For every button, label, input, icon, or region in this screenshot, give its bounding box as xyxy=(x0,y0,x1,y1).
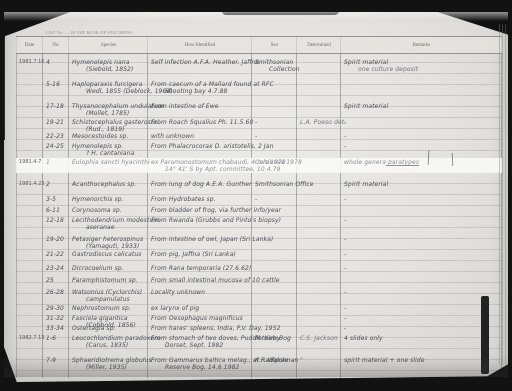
cell-remarks: - xyxy=(341,216,502,231)
cell-determined xyxy=(297,324,341,332)
remarks-text: - xyxy=(344,119,500,126)
remarks-text: - xyxy=(344,196,500,203)
cell-date xyxy=(16,102,43,117)
how-identified-text: From Phalacrocorax D. aristotelis, 2 Jan xyxy=(151,143,250,150)
species-name: Mesocestoides sp. xyxy=(72,133,146,140)
cell-date xyxy=(16,142,43,157)
register-row: 1981.4.232Acanthocephalus sp.From lung o… xyxy=(16,180,502,188)
cell-date xyxy=(16,80,43,95)
specimen-number: 17-18 xyxy=(46,103,67,110)
species-name: Thysanocephalum undulatum xyxy=(72,103,146,110)
cell-determined xyxy=(297,304,341,312)
register-row: 1981.7.164Hymenolepis nana(Siebold, 1852… xyxy=(16,58,502,73)
species-authority: (Yamaguti, 1933) xyxy=(72,243,146,250)
cell-determined xyxy=(297,132,341,140)
cell-date xyxy=(16,216,43,231)
how-identified-text: ex Paramonostomum chabaudi, 4 mls 1978 xyxy=(151,159,250,166)
cell-how-identified: From hares' spleens, India, P.V. Day, 19… xyxy=(148,324,252,332)
sex-text: - xyxy=(255,196,295,203)
ledger-page: 3 3 LIST No. — IN THE BOOK OF SPECIMENS … xyxy=(4,8,508,384)
species-name: Watsonius (Cyclorchis) xyxy=(72,289,146,296)
specimen-number: 6-11 xyxy=(46,207,67,214)
specimen-number: 24-25 xyxy=(46,143,67,150)
how-identified-text: Dorset, Sept. 1982 xyxy=(151,342,250,349)
species-authority: aseranae xyxy=(72,224,146,231)
how-identified-text: From Rwanda (Grubbs and Pinto's biopsy) xyxy=(151,217,250,224)
register-row: 5-16Haploparaxis furcigeraWedl, 1855 (De… xyxy=(16,80,502,95)
species-authority: ? H. cantaniana xyxy=(72,150,146,157)
cell-species: Ostertagia sp. xyxy=(69,324,148,332)
species-name: Hymenolepis sp. xyxy=(72,143,146,150)
remarks-underlined-word: paratypes xyxy=(386,159,419,166)
species-name: Paramphistomum sp. xyxy=(72,277,146,284)
date-stamp: 1981.4.7 xyxy=(19,159,41,165)
cell-number: 5-16 xyxy=(43,80,69,95)
remarks-text: - xyxy=(344,236,500,243)
cell-determined xyxy=(297,264,341,272)
how-identified-text: From intestine of owl, Japan (Sri Lanka) xyxy=(151,236,250,243)
specimen-number: 21-22 xyxy=(46,251,67,258)
specimen-number: 31-32 xyxy=(46,315,67,322)
cell-remarks: Spirit material xyxy=(341,102,502,117)
cell-sex xyxy=(252,250,297,258)
cell-date xyxy=(16,288,43,303)
sex-text: Smithsonian Office xyxy=(255,181,295,188)
determined-text: L.A. Poeso det. xyxy=(300,119,339,126)
cell-remarks: - xyxy=(341,132,502,140)
species-authority: (Mollet, 1785) xyxy=(72,110,146,117)
cell-number: 1 xyxy=(43,158,69,173)
cell-remarks: - xyxy=(341,195,502,203)
table-body: 1981.7.164Hymenolepis nana(Siebold, 1852… xyxy=(16,52,502,378)
cell-date: 1981.4.7 xyxy=(16,158,43,173)
cell-number: 1-6 xyxy=(43,334,69,349)
cell-how-identified: From lung of dog A.E.A. Gunther xyxy=(148,180,252,188)
remarks-text: whole genera paratypes xyxy=(344,159,500,166)
cell-species: Eulophia sancti hyacinthi xyxy=(69,158,148,173)
cell-species: Lecithodendrium modestumaseranae xyxy=(69,216,148,231)
cell-sex: - xyxy=(252,195,297,203)
background-left-edge xyxy=(0,10,5,140)
cell-remarks xyxy=(341,206,502,214)
cell-sex xyxy=(252,264,297,272)
remarks-text: - xyxy=(344,251,500,258)
how-identified-text: From Roach Squalius Ph. 11.5.60 xyxy=(151,119,250,126)
cell-sex xyxy=(252,324,297,332)
cell-number: 21-22 xyxy=(43,250,69,258)
how-identified-text: From Hydrobates sp. xyxy=(151,196,250,203)
register-row: 26-28Watsonius (Cyclorchis)campanulatusL… xyxy=(16,288,502,303)
how-identified-text: From small intestinal mucosa of 10 cattl… xyxy=(151,277,250,284)
cell-sex: - xyxy=(252,132,297,140)
cell-date xyxy=(16,132,43,140)
register-row: 22-23Mesocestoides sp.with unknown-- xyxy=(16,132,502,140)
cell-determined xyxy=(297,235,341,250)
register-row: 29-30Nephrostomum sp.ex larynx of pig- xyxy=(16,304,502,312)
remarks-text: - xyxy=(344,133,500,140)
cell-sex: M. Kirby xyxy=(252,334,297,349)
cell-number: 6-11 xyxy=(43,206,69,214)
sex-text: Smithsonian xyxy=(255,59,295,66)
sex-text: M. Kirby xyxy=(255,335,295,342)
date-stamp: 1981.7.16 xyxy=(19,59,41,65)
cell-how-identified: From small intestinal mucosa of 10 cattl… xyxy=(148,276,252,284)
species-name: Hymenorchis sp. xyxy=(72,196,146,203)
printed-caption: LIST No. — IN THE BOOK OF SPECIMENS xyxy=(46,30,132,35)
cell-number: 22-23 xyxy=(43,132,69,140)
remarks-text: - xyxy=(344,305,500,312)
cell-remarks: - xyxy=(341,324,502,332)
cell-remarks: whole genera paratypes xyxy=(341,158,502,173)
specimen-number: 25 xyxy=(46,277,67,284)
specimen-number: 26-28 xyxy=(46,289,67,296)
specimen-number: 29-30 xyxy=(46,305,67,312)
determined-text: C.S. Jackson xyxy=(300,335,339,342)
how-identified-text: Self infection A.F.A. Heather, Jaffna xyxy=(151,59,250,66)
species-authority: (Siebold, 1852) xyxy=(72,66,146,73)
remarks-text: - xyxy=(344,289,500,296)
register-row: 17-18Thysanocephalum undulatum(Mollet, 1… xyxy=(16,102,502,117)
species-name: Schistocephalus gasterostei xyxy=(72,119,146,126)
cell-species: Corynosoma sp. xyxy=(69,206,148,214)
remarks-text: - xyxy=(344,265,500,272)
header-species: Species xyxy=(69,37,148,53)
register-row: 1982.7.131-6Leucochloridium paradoxum(Ca… xyxy=(16,334,502,349)
cell-species: Paramphistomum sp. xyxy=(69,276,148,284)
cell-number: 25 xyxy=(43,276,69,284)
specimen-number: 12-18 xyxy=(46,217,67,224)
how-identified-text: with unknown xyxy=(151,133,250,140)
cell-determined xyxy=(297,102,341,117)
species-name: Acanthocephalus sp. xyxy=(72,181,146,188)
cell-sex xyxy=(252,288,297,303)
cell-how-identified: From Rwanda (Grubbs and Pinto's biopsy) xyxy=(148,216,252,231)
cell-how-identified: From Hydrobates sp. xyxy=(148,195,252,203)
page-top-edge-highlight xyxy=(4,12,508,21)
cell-determined xyxy=(297,288,341,303)
cell-sex: SmithsonianCollection xyxy=(252,58,297,73)
species-authority: campanulatus xyxy=(72,296,146,303)
cell-determined xyxy=(297,216,341,231)
cell-number: 29-30 xyxy=(43,304,69,312)
cell-how-identified: ex Paramonostomum chabaudi, 4 mls 197814… xyxy=(148,158,252,173)
header-no-: No. xyxy=(43,37,69,53)
cell-sex: Smithsonian Office xyxy=(252,180,297,188)
how-identified-text: From intestine of Ewe xyxy=(151,103,250,110)
cell-date xyxy=(16,264,43,272)
cell-species: Acanthocephalus sp. xyxy=(69,180,148,188)
sex-text: Cardenas 1978 xyxy=(255,159,295,166)
how-identified-text: 14° 41' S by Apt. committee, 10.4.79 xyxy=(151,166,250,173)
species-name: Corynosoma sp. xyxy=(72,207,146,214)
cell-determined xyxy=(297,142,341,157)
remarks-text: - xyxy=(344,217,500,224)
cell-number: 3-5 xyxy=(43,195,69,203)
register-row: 33-34Ostertagia sp.From hares' spleens, … xyxy=(16,324,502,332)
cell-sex xyxy=(252,276,297,284)
cell-how-identified: From intestine of owl, Japan (Sri Lanka) xyxy=(148,235,252,250)
cell-species: Dicrocoelium sp. xyxy=(69,264,148,272)
cell-remarks xyxy=(341,80,502,95)
cell-remarks: - xyxy=(341,142,502,157)
cell-species: Hymenorchis sp. xyxy=(69,195,148,203)
cell-species: Gastrodiscus calicatus xyxy=(69,250,148,258)
cell-species: Hymenolepis sp.? H. cantaniana xyxy=(69,142,148,157)
remarks-text: 4 slides only xyxy=(344,335,500,342)
register-table: DateNo.SpeciesHow IdentifiedSexDetermine… xyxy=(16,36,502,378)
cell-determined: L.A. Poeso det. xyxy=(297,118,341,133)
cell-species: Hymenolepis nana(Siebold, 1852) xyxy=(69,58,148,73)
cell-species: Nephrostomum sp. xyxy=(69,304,148,312)
header-sex: Sex xyxy=(252,37,297,53)
specimen-number: 19-21 xyxy=(46,119,67,126)
how-identified-text: From hares' spleens, India, P.V. Day, 19… xyxy=(151,325,250,332)
cell-how-identified: ex larynx of pig xyxy=(148,304,252,312)
cell-date: 1982.7.13 xyxy=(16,334,43,349)
how-identified-text: From Oesophagus magnificus xyxy=(151,315,250,322)
how-identified-text: Locality unknown xyxy=(151,289,250,296)
species-name: Gastrodiscus calicatus xyxy=(72,251,146,258)
cell-how-identified: From Roach Squalius Ph. 11.5.60 xyxy=(148,118,252,133)
cell-number: 17-18 xyxy=(43,102,69,117)
how-identified-text: From pig, Jaffna (Sri Lanka) xyxy=(151,251,250,258)
specimen-number: 22-23 xyxy=(46,133,67,140)
cell-number: 2 xyxy=(43,180,69,188)
page-edge-lines xyxy=(497,24,507,364)
cell-determined xyxy=(297,80,341,95)
cell-how-identified: From pig, Jaffna (Sri Lanka) xyxy=(148,250,252,258)
how-identified-text: From lung of dog A.E.A. Gunther xyxy=(151,181,250,188)
how-identified-text: Shooting bay 4.7.88 xyxy=(151,88,250,95)
cell-date xyxy=(16,250,43,258)
header-determined: Determined xyxy=(297,37,341,53)
register-row: 12-18Lecithodendrium modestumaseranaeFro… xyxy=(16,216,502,231)
cell-species: Schistocephalus gasterostei(Rud., 1819) xyxy=(69,118,148,133)
header-how-identified: How Identified xyxy=(148,37,252,53)
page-bottom-shadow xyxy=(4,356,508,377)
cell-how-identified: From stomach of two doves, Puddletown Bo… xyxy=(148,334,252,349)
cell-number: 12-18 xyxy=(43,216,69,231)
cell-sex xyxy=(252,80,297,95)
species-name: Leucochloridium paradoxum xyxy=(72,335,146,342)
species-name: Hymenolepis nana xyxy=(72,59,146,66)
species-name: Petasiger heterospinus xyxy=(72,236,146,243)
cell-determined xyxy=(297,195,341,203)
remarks-text: Spirit material xyxy=(344,103,500,110)
remarks-text: - xyxy=(344,325,500,332)
cell-determined xyxy=(297,180,341,188)
specimen-number: 4 xyxy=(46,59,67,66)
cell-remarks: - xyxy=(341,304,502,312)
cell-date: 1981.4.23 xyxy=(16,180,43,188)
species-name: Lecithodendrium modestum xyxy=(72,217,146,224)
specimen-number: 23-24 xyxy=(46,265,67,272)
cell-number: 23-24 xyxy=(43,264,69,272)
species-name: Dicrocoelium sp. xyxy=(72,265,146,272)
sex-text: - xyxy=(255,119,295,126)
cell-date xyxy=(16,118,43,133)
cell-how-identified: From bladder of frog, via further info/y… xyxy=(148,206,252,214)
species-name: Fasciola gigantica xyxy=(72,315,146,322)
remarks-text: - xyxy=(344,315,500,322)
cell-number: 19-21 xyxy=(43,118,69,133)
register-row: 6-11Corynosoma sp.From bladder of frog, … xyxy=(16,206,502,214)
cell-determined: C.S. Jackson xyxy=(297,334,341,349)
species-name: Haploparaxis furcigera xyxy=(72,81,146,88)
cell-sex xyxy=(252,304,297,312)
cell-date: 1981.7.16 xyxy=(16,58,43,73)
cell-date xyxy=(16,324,43,332)
cell-how-identified: From caecum of a Mallard found at RFCSho… xyxy=(148,80,252,95)
cell-determined xyxy=(297,276,341,284)
specimen-number: 1-6 xyxy=(46,335,67,342)
cell-sex xyxy=(252,216,297,231)
cell-date xyxy=(16,304,43,312)
specimen-number: 19-20 xyxy=(46,236,67,243)
cell-how-identified: From intestine of Ewe xyxy=(148,102,252,117)
cell-sex xyxy=(252,206,297,214)
species-name: Nephrostomum sp. xyxy=(72,305,146,312)
how-identified-text: From Rana temporaria (27.6.62) xyxy=(151,265,250,272)
cell-remarks: 4 slides only xyxy=(341,334,502,349)
cell-determined xyxy=(297,58,341,73)
cell-number: 26-28 xyxy=(43,288,69,303)
register-row: 25Paramphistomum sp.From small intestina… xyxy=(16,276,502,284)
how-identified-text: From bladder of frog, via further info/y… xyxy=(151,207,250,214)
cell-species: Petasiger heterospinus(Yamaguti, 1933) xyxy=(69,235,148,250)
cell-how-identified: Locality unknown xyxy=(148,288,252,303)
header-remarks: Remarks xyxy=(341,37,502,53)
cell-number: 4 xyxy=(43,58,69,73)
cell-date xyxy=(16,206,43,214)
photo-frame: 3 3 LIST No. — IN THE BOOK OF SPECIMENS … xyxy=(0,0,512,391)
cell-number: 24-25 xyxy=(43,142,69,157)
species-authority: (Carus, 1835) xyxy=(72,342,146,349)
sex-text: Collection xyxy=(255,66,295,73)
date-stamp: 1982.7.13 xyxy=(19,335,41,341)
cell-number: 33-34 xyxy=(43,324,69,332)
cell-how-identified: From Rana temporaria (27.6.62) xyxy=(148,264,252,272)
register-row: 1981.4.71Eulophia sancti hyacinthiex Par… xyxy=(16,158,502,173)
specimen-number: 33-34 xyxy=(46,325,67,332)
cell-sex xyxy=(252,102,297,117)
register-row: 21-22Gastrodiscus calicatusFrom pig, Jaf… xyxy=(16,250,502,258)
cell-remarks: - xyxy=(341,235,502,250)
cell-remarks: - xyxy=(341,250,502,258)
cell-remarks: - xyxy=(341,264,502,272)
specimen-number: 3-5 xyxy=(46,196,67,203)
cell-remarks: Spirit material xyxy=(341,180,502,188)
header-date: Date xyxy=(16,37,43,53)
register-row: 23-24Dicrocoelium sp.From Rana temporari… xyxy=(16,264,502,272)
cell-how-identified: with unknown xyxy=(148,132,252,140)
remarks-text: Spirit material xyxy=(344,181,500,188)
cell-how-identified: Self infection A.F.A. Heather, Jaffna xyxy=(148,58,252,73)
register-row: 19-20Petasiger heterospinus(Yamaguti, 19… xyxy=(16,235,502,250)
specimen-number: 5-16 xyxy=(46,81,67,88)
cell-determined xyxy=(297,250,341,258)
cell-sex xyxy=(252,142,297,157)
species-authority: Wedl, 1855 (Deblock, 1964) xyxy=(72,88,146,95)
cell-species: Haploparaxis furcigeraWedl, 1855 (Debloc… xyxy=(69,80,148,95)
cell-species: Mesocestoides sp. xyxy=(69,132,148,140)
date-stamp: 1981.4.23 xyxy=(19,181,41,187)
cell-species: Watsonius (Cyclorchis)campanulatus xyxy=(69,288,148,303)
cell-date xyxy=(16,276,43,284)
cell-date xyxy=(16,195,43,203)
cell-remarks: - xyxy=(341,288,502,303)
sex-text: - xyxy=(255,133,295,140)
species-name: Eulophia sancti hyacinthi xyxy=(72,159,146,166)
cell-number: 19-20 xyxy=(43,235,69,250)
cell-remarks: - xyxy=(341,118,502,133)
cell-sex: Cardenas 1978 xyxy=(252,158,297,173)
cell-species: Thysanocephalum undulatum(Mollet, 1785) xyxy=(69,102,148,117)
cell-determined xyxy=(297,206,341,214)
cell-sex xyxy=(252,235,297,250)
species-name: Ostertagia sp. xyxy=(72,325,146,332)
specimen-number: 1 xyxy=(46,159,67,166)
cell-how-identified: From Phalacrocorax D. aristotelis, 2 Jan xyxy=(148,142,252,157)
cell-remarks xyxy=(341,276,502,284)
cell-species: Leucochloridium paradoxum(Carus, 1835) xyxy=(69,334,148,349)
register-row: 3-5Hymenorchis sp.From Hydrobates sp.-- xyxy=(16,195,502,203)
cell-date xyxy=(16,235,43,250)
remarks-text: Spirit material xyxy=(344,59,500,66)
cell-remarks: Spirit materialone culture deposit xyxy=(341,58,502,73)
how-identified-text: From stomach of two doves, Puddletown Bo… xyxy=(151,335,250,342)
register-row: 19-21Schistocephalus gasterostei(Rud., 1… xyxy=(16,118,502,133)
specimen-number: 2 xyxy=(46,181,67,188)
remarks-text: - xyxy=(344,143,500,150)
how-identified-text: From caecum of a Mallard found at RFC xyxy=(151,81,250,88)
cell-determined xyxy=(297,158,341,173)
remarks-text: one culture deposit xyxy=(344,66,500,73)
cell-sex: - xyxy=(252,118,297,133)
how-identified-text: ex larynx of pig xyxy=(151,305,250,312)
